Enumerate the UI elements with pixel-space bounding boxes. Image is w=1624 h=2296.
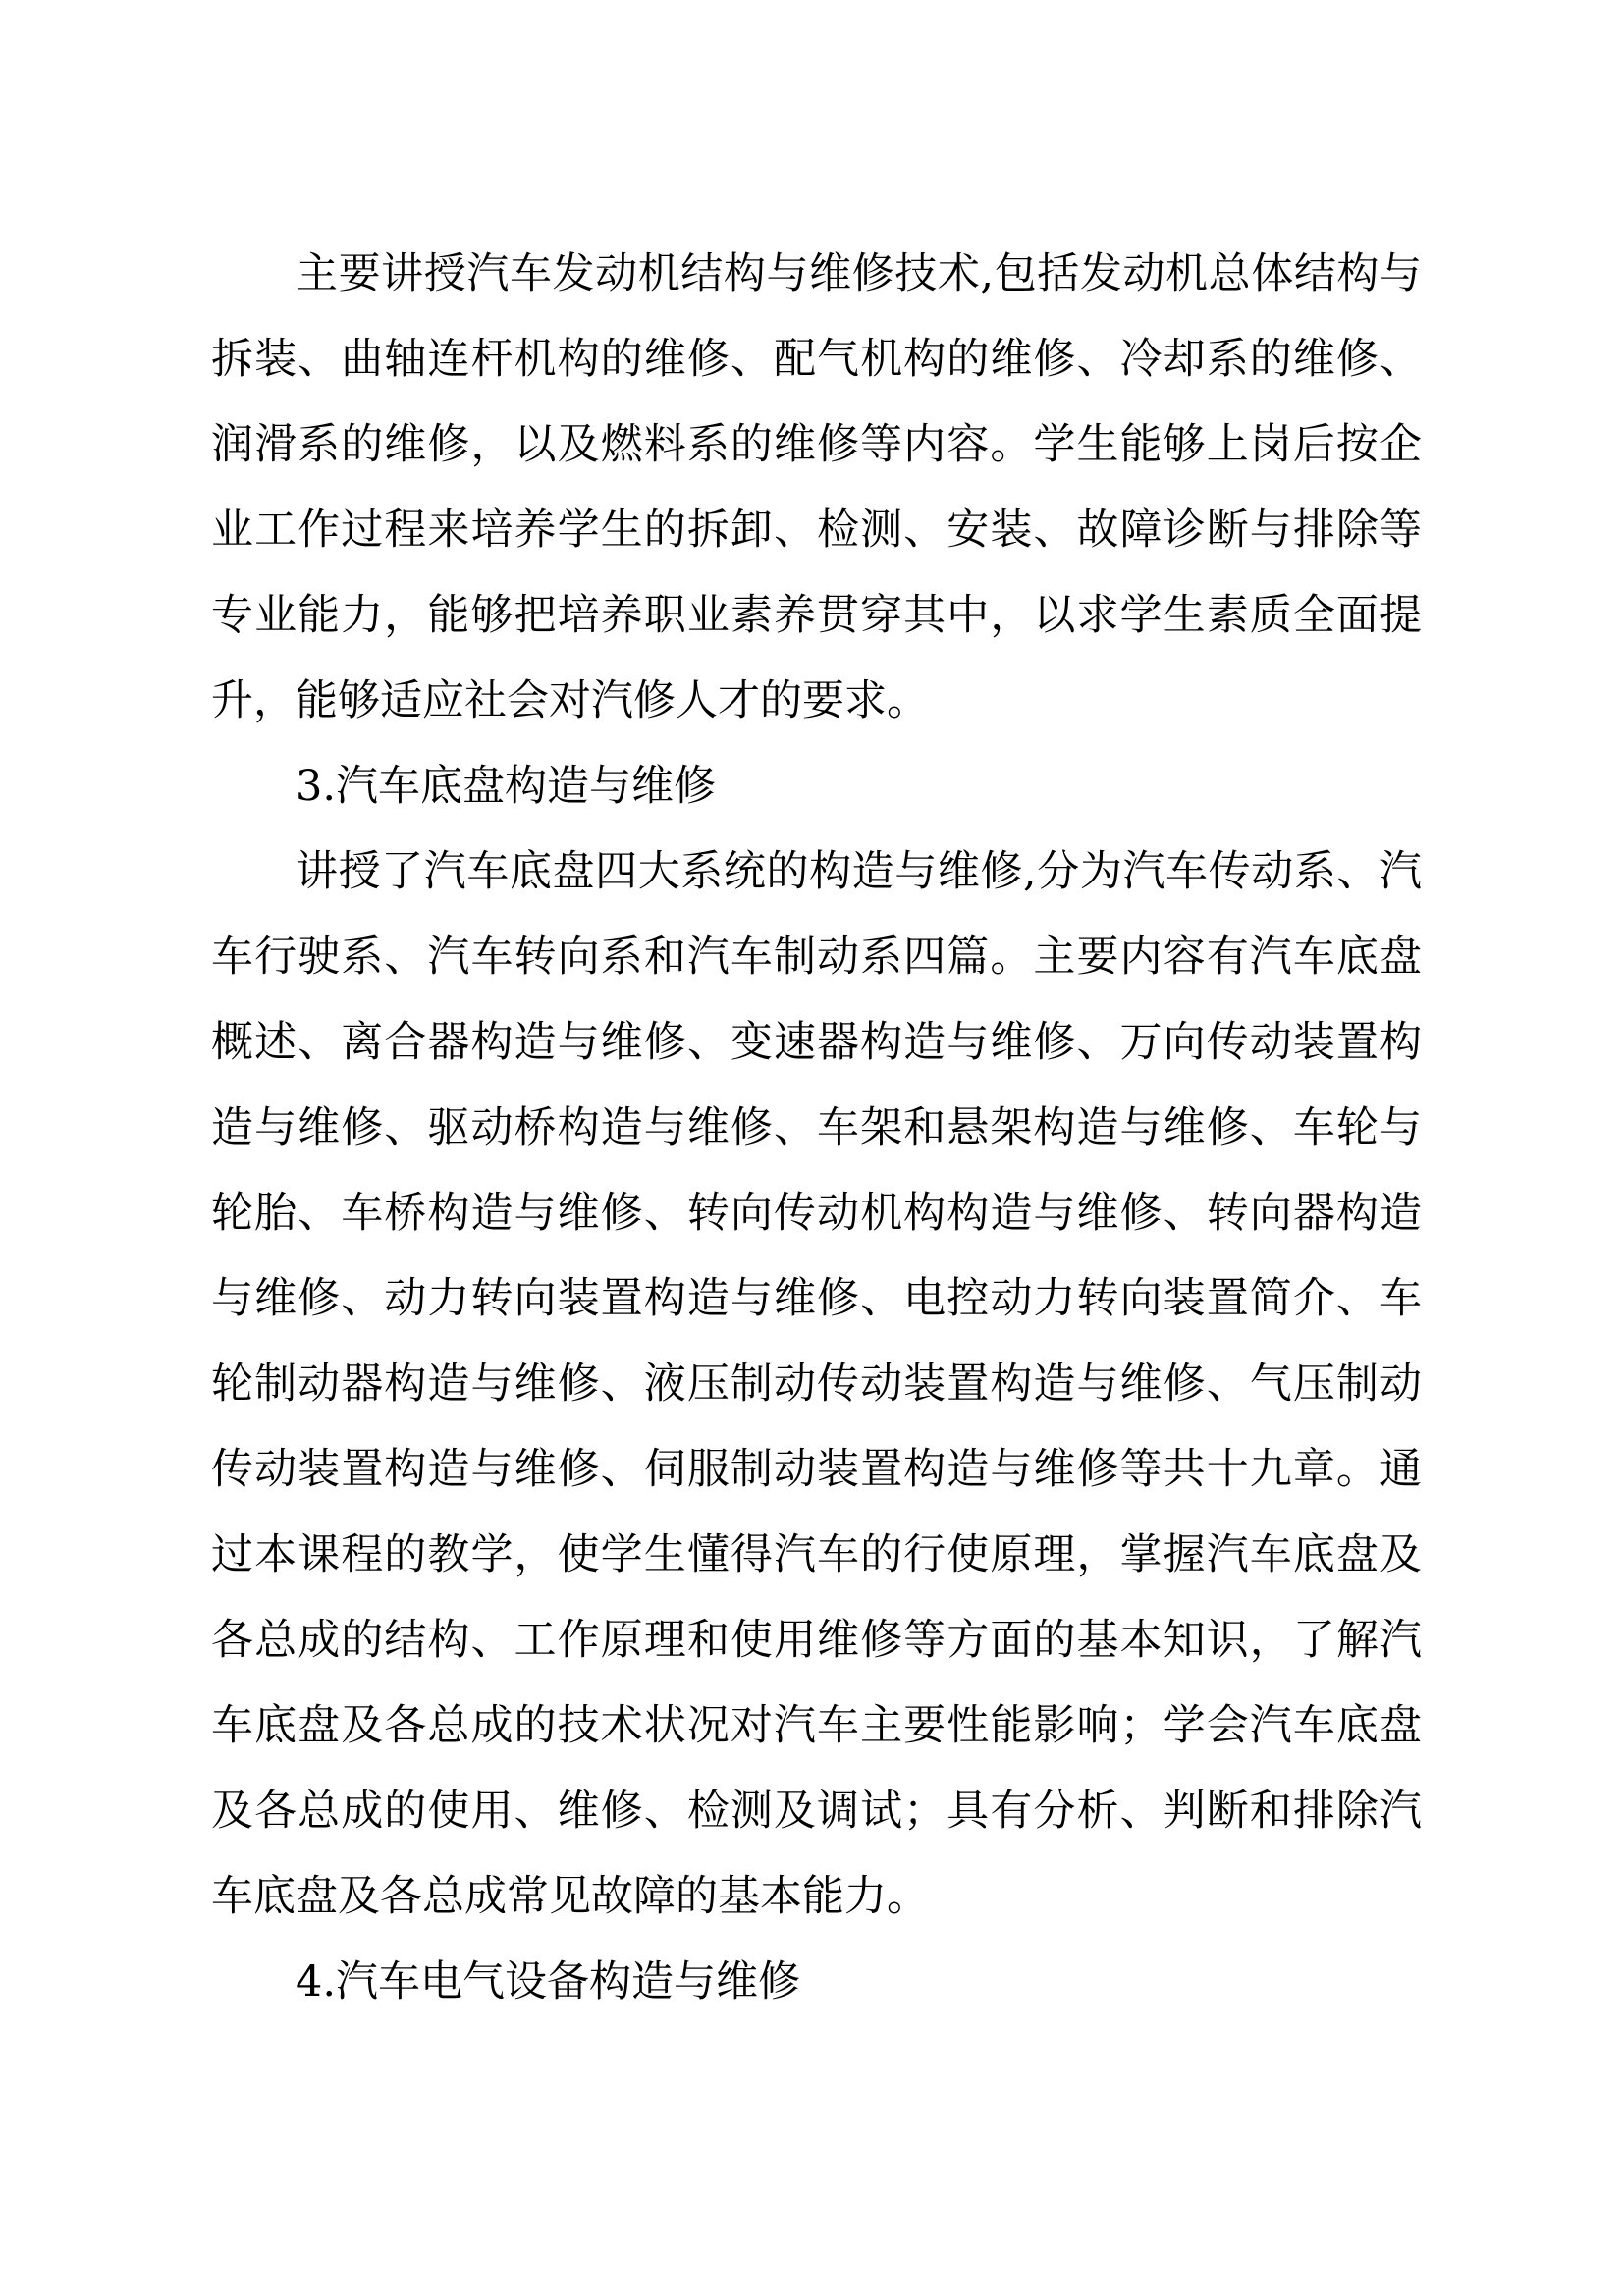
document-page: 主要讲授汽车发动机结构与维修技术,包括发动机总体结构与拆装、曲轴连杆机构的维修、… [0,0,1624,2296]
paragraph-engine-course-description: 主要讲授汽车发动机结构与维修技术,包括发动机总体结构与拆装、曲轴连杆机构的维修、… [211,232,1422,744]
paragraph-chassis-course-description: 讲授了汽车底盘四大系统的构造与维修,分为汽车传动系、汽车行驶系、汽车转向系和汽车… [211,829,1422,1940]
heading-chassis-course: 3.汽车底盘构造与维修 [211,744,1422,829]
heading-electrical-course: 4.汽车电气设备构造与维修 [211,1940,1422,2025]
document-body: 主要讲授汽车发动机结构与维修技术,包括发动机总体结构与拆装、曲轴连杆机构的维修、… [211,232,1422,2025]
